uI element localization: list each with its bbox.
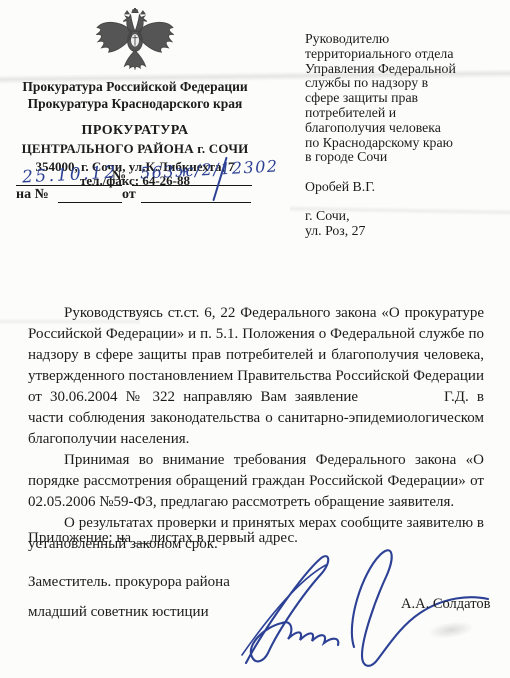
recipient-line: службы по надзору в bbox=[305, 76, 505, 91]
number-underline bbox=[132, 185, 252, 186]
signer-title-1: Заместитель. прокурора района bbox=[28, 572, 230, 593]
body-paragraph-2: Принимая во внимание требования Федераль… bbox=[28, 450, 484, 513]
recipient-block: Руководителю территориального отдела Упр… bbox=[305, 32, 505, 239]
signer-title-2: младший советник юстиции bbox=[28, 602, 230, 623]
office-line-1: ПРОКУРАТУРА bbox=[10, 122, 260, 140]
body-paragraph-1: Руководствуясь ст.ст. 6, 22 Федерального… bbox=[28, 303, 484, 450]
scanned-letter-page: Прокуратура Российской Федерации Прокура… bbox=[0, 0, 510, 678]
recipient-line: благополучия человека bbox=[305, 121, 505, 136]
ref-prefix: на № bbox=[16, 187, 49, 203]
office-line-2: ЦЕНТРАЛЬНОГО РАЙОНА г. СОЧИ bbox=[10, 140, 260, 158]
recipient-address-line: ул. Роз, 27 bbox=[305, 224, 505, 239]
coat-of-arms-icon bbox=[91, 8, 179, 70]
recipient-line: Управления Федеральной bbox=[305, 62, 505, 77]
date-underline bbox=[16, 185, 122, 186]
ref-underline bbox=[58, 202, 122, 203]
recipient-line: сфере защиты прав bbox=[305, 91, 505, 106]
recipient-line: в городе Сочи bbox=[305, 150, 505, 165]
recipient-line: по Краснодарскому краю bbox=[305, 136, 505, 151]
recipient-address-line: г. Сочи, bbox=[305, 209, 505, 224]
org-line-1: Прокуратура Российской Федерации bbox=[10, 78, 260, 95]
org-line-2: Прокуратура Краснодарского края bbox=[10, 95, 260, 112]
recipient-line: Руководителю bbox=[305, 32, 505, 47]
recipient-line: потребителей и bbox=[305, 106, 505, 121]
recipient-name: Оробей В.Г. bbox=[305, 180, 505, 195]
recipient-line: территориального отдела bbox=[305, 47, 505, 62]
signer-title-block: Заместитель. прокурора района младший со… bbox=[28, 572, 230, 623]
signer-name: А.А. Солдатов bbox=[401, 596, 490, 613]
ref-from-label: от bbox=[122, 187, 136, 203]
ref-from-underline bbox=[141, 202, 251, 203]
letter-body: Руководствуясь ст.ст. 6, 22 Федерального… bbox=[28, 303, 484, 555]
number-label: № bbox=[112, 169, 126, 185]
